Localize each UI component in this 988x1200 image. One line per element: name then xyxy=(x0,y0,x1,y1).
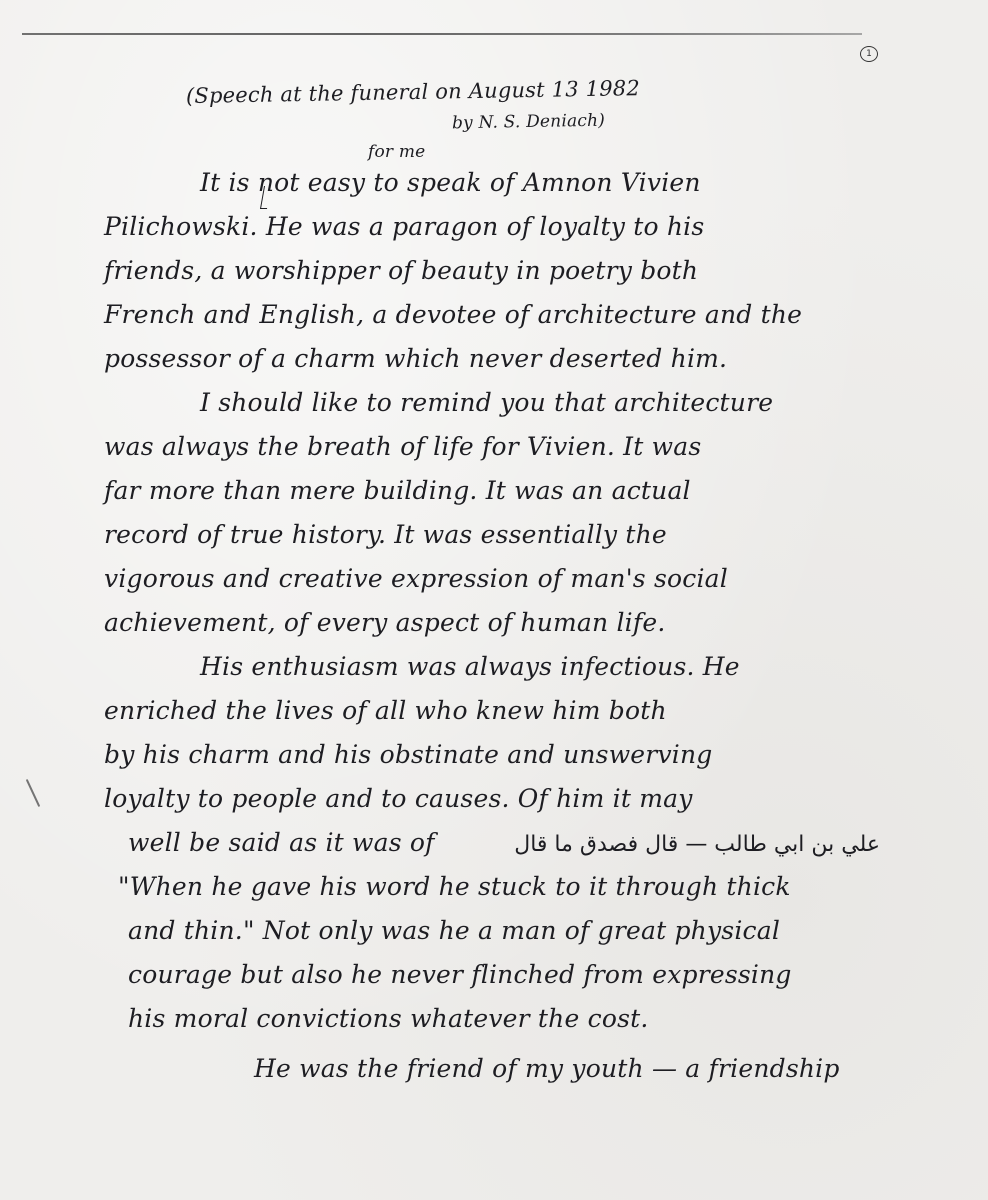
text-line: his moral convictions whatever the cost. xyxy=(128,1004,649,1033)
text-line: possessor of a charm which never deserte… xyxy=(104,344,727,373)
text-line: and thin." Not only was he a man of grea… xyxy=(128,916,780,945)
text-line: well be said as it was of xyxy=(128,828,435,857)
arabic-quotation: علي بن ابي طالب — قال فصدق ما قال xyxy=(514,832,880,857)
heading-line-2: by N. S. Deniach) xyxy=(452,111,605,134)
text-line: It is not easy to speak of Amnon Vivien xyxy=(200,168,701,197)
text-line: His enthusiasm was always infectious. He xyxy=(200,652,740,681)
text-line: French and English, a devotee of archite… xyxy=(104,300,802,329)
inserted-words: for me xyxy=(368,142,425,162)
text-line: friends, a worshipper of beauty in poetr… xyxy=(104,256,698,285)
margin-pen-mark xyxy=(26,779,40,807)
text-line: enriched the lives of all who knew him b… xyxy=(104,696,667,725)
text-line: by his charm and his obstinate and unswe… xyxy=(104,740,712,769)
paper-sheet: 1 (Speech at the funeral on August 13 19… xyxy=(0,0,988,1200)
text-line: record of true history. It was essential… xyxy=(104,520,667,549)
text-line: was always the breath of life for Vivien… xyxy=(104,432,701,461)
text-line: Pilichowski. He was a paragon of loyalty… xyxy=(104,212,704,241)
text-line: vigorous and creative expression of man'… xyxy=(104,564,728,593)
page-number-circled: 1 xyxy=(860,46,878,62)
text-line: I should like to remind you that archite… xyxy=(200,388,773,417)
horizontal-rule xyxy=(22,33,862,35)
text-line: loyalty to people and to causes. Of him … xyxy=(104,784,693,813)
text-line: far more than mere building. It was an a… xyxy=(104,476,691,505)
text-line: courage but also he never flinched from … xyxy=(128,960,792,989)
text-line: He was the friend of my youth — a friend… xyxy=(254,1054,840,1083)
text-line: achievement, of every aspect of human li… xyxy=(104,608,665,637)
text-line: "When he gave his word he stuck to it th… xyxy=(118,872,791,901)
